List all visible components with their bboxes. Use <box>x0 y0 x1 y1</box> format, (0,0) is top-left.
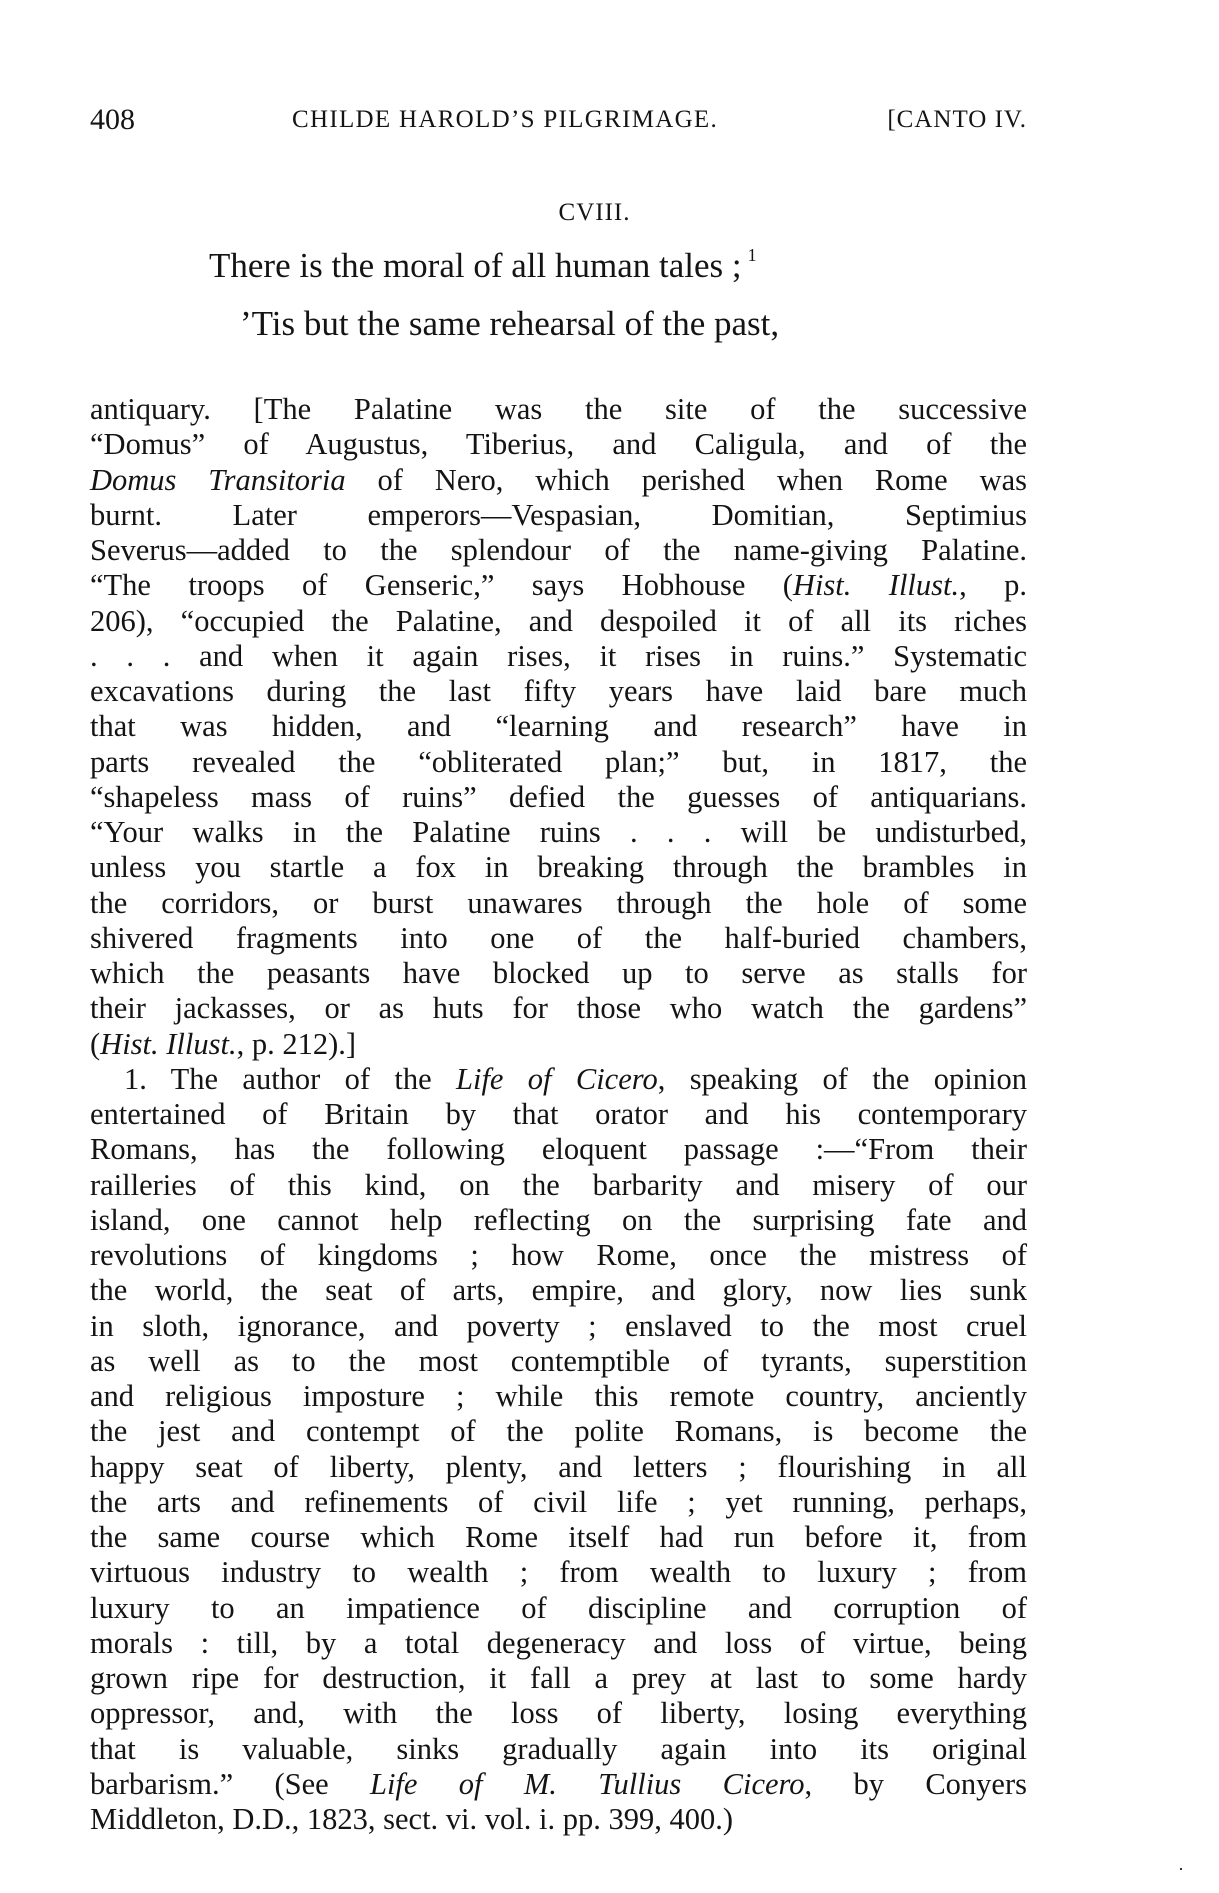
text-line: virtuous industry to wealth ; from wealt… <box>90 1555 1027 1590</box>
verse-line-1: There is the moral of all human tales ;1 <box>209 244 757 288</box>
verse-text: ’Tis but the same rehearsal of the past, <box>240 304 779 343</box>
text-line: “Your walks in the Palatine ruins . . . … <box>90 815 1027 850</box>
text-line: barbarism.” (See Life of M. Tullius Cice… <box>90 1767 1027 1802</box>
page-number: 408 <box>90 100 135 140</box>
text-line: 206), “occupied the Palatine, and despoi… <box>90 604 1027 639</box>
text-segment: in sloth, ignorance, and poverty ; ensla… <box>90 1309 1027 1343</box>
text-segment: , speaking of the opinion <box>658 1062 1027 1096</box>
text-segment: island, one cannot help reflecting on th… <box>90 1203 1027 1237</box>
italic-text: Life of M. Tullius Cicero <box>370 1767 805 1801</box>
text-segment: revolutions of kingdoms ; how Rome, once… <box>90 1238 1027 1272</box>
text-line: 1. The author of the Life of Cicero, spe… <box>90 1062 1027 1097</box>
book-page: 408 CHILDE HAROLD’S PILGRIMAGE. [CANTO I… <box>0 0 1219 1893</box>
text-segment: barbarism.” (See <box>90 1767 370 1801</box>
text-line: Domus Transitoria of Nero, which perishe… <box>90 463 1027 498</box>
text-segment: entertained of Britain by that orator an… <box>90 1097 1027 1131</box>
text-segment: luxury to an impatience of discipline an… <box>90 1591 1027 1625</box>
text-line: Romans, has the following eloquent passa… <box>90 1132 1027 1167</box>
text-segment: 1. The author of the <box>124 1062 456 1096</box>
text-line: luxury to an impatience of discipline an… <box>90 1591 1027 1626</box>
text-segment: shivered fragments into one of the half-… <box>90 921 1027 955</box>
text-line: antiquary. [The Palatine was the site of… <box>90 392 1027 427</box>
text-segment: 206), “occupied the Palatine, and despoi… <box>90 604 1027 638</box>
italic-text: Hist. Illust. <box>793 568 959 602</box>
text-line: “Domus” of Augustus, Tiberius, and Calig… <box>90 427 1027 462</box>
text-segment: their jackasses, or as huts for those wh… <box>90 991 1027 1025</box>
text-segment: of Nero, which perished when Rome was <box>346 463 1027 497</box>
text-segment: , p. 212).] <box>237 1027 356 1061</box>
scan-speck <box>1180 1868 1182 1870</box>
text-line: unless you startle a fox in breaking thr… <box>90 850 1027 885</box>
text-line: in sloth, ignorance, and poverty ; ensla… <box>90 1309 1027 1344</box>
text-segment: burnt. Later emperors—Vespasian, Domitia… <box>90 498 1027 532</box>
text-segment: virtuous industry to wealth ; from wealt… <box>90 1555 1027 1589</box>
text-segment: the same course which Rome itself had ru… <box>90 1520 1027 1554</box>
text-line: (Hist. Illust., p. 212).] <box>90 1027 1027 1062</box>
text-segment: the corridors, or burst unawares through… <box>90 886 1027 920</box>
text-line: railleries of this kind, on the barbarit… <box>90 1168 1027 1203</box>
text-line: their jackasses, or as huts for those wh… <box>90 991 1027 1026</box>
text-segment: , p. <box>959 568 1027 602</box>
text-line: “shapeless mass of ruins” defied the gue… <box>90 780 1027 815</box>
text-segment: Middleton, D.D., 1823, sect. vi. vol. i.… <box>90 1802 733 1836</box>
text-segment: happy seat of liberty, plenty, and lette… <box>90 1450 1027 1484</box>
text-segment: “shapeless mass of ruins” defied the gue… <box>90 780 1027 814</box>
text-segment: ( <box>90 1027 100 1061</box>
text-segment: the arts and refinements of civil life ;… <box>90 1485 1027 1519</box>
text-line: that was hidden, and “learning and resea… <box>90 709 1027 744</box>
text-segment: grown ripe for destruction, it fall a pr… <box>90 1661 1027 1695</box>
text-segment: , by Conyers <box>805 1767 1027 1801</box>
text-segment: that was hidden, and “learning and resea… <box>90 709 1027 743</box>
italic-text: Life of Cicero <box>456 1062 658 1096</box>
text-line: . . . and when it again rises, it rises … <box>90 639 1027 674</box>
text-line: burnt. Later emperors—Vespasian, Domitia… <box>90 498 1027 533</box>
text-line: and religious imposture ; while this rem… <box>90 1379 1027 1414</box>
notes-body: antiquary. [The Palatine was the site of… <box>90 392 1027 1837</box>
text-line: entertained of Britain by that orator an… <box>90 1097 1027 1132</box>
text-segment: oppressor, and, with the loss of liberty… <box>90 1696 1027 1730</box>
text-segment: “Domus” of Augustus, Tiberius, and Calig… <box>90 427 1027 461</box>
text-line: the world, the seat of arts, empire, and… <box>90 1273 1027 1308</box>
italic-text: Hist. Illust. <box>100 1027 236 1061</box>
text-segment: morals : till, by a total degeneracy and… <box>90 1626 1027 1660</box>
text-line: the arts and refinements of civil life ;… <box>90 1485 1027 1520</box>
running-head: 408 CHILDE HAROLD’S PILGRIMAGE. [CANTO I… <box>90 100 1027 140</box>
footnote-marker: 1 <box>748 245 757 265</box>
text-line: parts revealed the “obliterated plan;” b… <box>90 745 1027 780</box>
text-line: Middleton, D.D., 1823, sect. vi. vol. i.… <box>90 1802 1027 1837</box>
text-segment: excavations during the last fifty years … <box>90 674 1027 708</box>
canto-label: [CANTO IV. <box>887 100 1027 140</box>
text-segment: Romans, has the following eloquent passa… <box>90 1132 1027 1166</box>
text-segment: parts revealed the “obliterated plan;” b… <box>90 745 1027 779</box>
text-line: the corridors, or burst unawares through… <box>90 886 1027 921</box>
text-line: the jest and contempt of the polite Roma… <box>90 1414 1027 1449</box>
text-segment: unless you startle a fox in breaking thr… <box>90 850 1027 884</box>
text-line: morals : till, by a total degeneracy and… <box>90 1626 1027 1661</box>
text-segment: and religious imposture ; while this rem… <box>90 1379 1027 1413</box>
text-line: as well as to the most contemptible of t… <box>90 1344 1027 1379</box>
text-segment: railleries of this kind, on the barbarit… <box>90 1168 1027 1202</box>
text-line: oppressor, and, with the loss of liberty… <box>90 1696 1027 1731</box>
text-line: grown ripe for destruction, it fall a pr… <box>90 1661 1027 1696</box>
text-line: shivered fragments into one of the half-… <box>90 921 1027 956</box>
text-line: Severus—added to the splendour of the na… <box>90 533 1027 568</box>
italic-text: Domus Transitoria <box>90 463 346 497</box>
text-segment: . . . and when it again rises, it rises … <box>90 639 1027 673</box>
verse-line-2: ’Tis but the same rehearsal of the past, <box>240 302 779 346</box>
text-line: the same course which Rome itself had ru… <box>90 1520 1027 1555</box>
text-line: that is valuable, sinks gradually again … <box>90 1732 1027 1767</box>
text-segment: as well as to the most contemptible of t… <box>90 1344 1027 1378</box>
text-line: revolutions of kingdoms ; how Rome, once… <box>90 1238 1027 1273</box>
text-segment: the jest and contempt of the polite Roma… <box>90 1414 1027 1448</box>
text-segment: antiquary. [The Palatine was the site of… <box>90 392 1027 426</box>
text-segment: “Your walks in the Palatine ruins . . . … <box>90 815 1027 849</box>
verse-text: There is the moral of all human tales ; <box>209 246 742 285</box>
text-segment: which the peasants have blocked up to se… <box>90 956 1027 990</box>
stanza-number: CVIII. <box>0 196 1219 230</box>
text-segment: “The troops of Genseric,” says Hobhouse … <box>90 568 793 602</box>
book-title: CHILDE HAROLD’S PILGRIMAGE. <box>292 100 718 140</box>
text-line: “The troops of Genseric,” says Hobhouse … <box>90 568 1027 603</box>
text-line: excavations during the last fifty years … <box>90 674 1027 709</box>
text-segment: the world, the seat of arts, empire, and… <box>90 1273 1027 1307</box>
text-segment: Severus—added to the splendour of the na… <box>90 533 1027 567</box>
text-line: island, one cannot help reflecting on th… <box>90 1203 1027 1238</box>
text-line: which the peasants have blocked up to se… <box>90 956 1027 991</box>
text-segment: that is valuable, sinks gradually again … <box>90 1732 1027 1766</box>
text-line: happy seat of liberty, plenty, and lette… <box>90 1450 1027 1485</box>
